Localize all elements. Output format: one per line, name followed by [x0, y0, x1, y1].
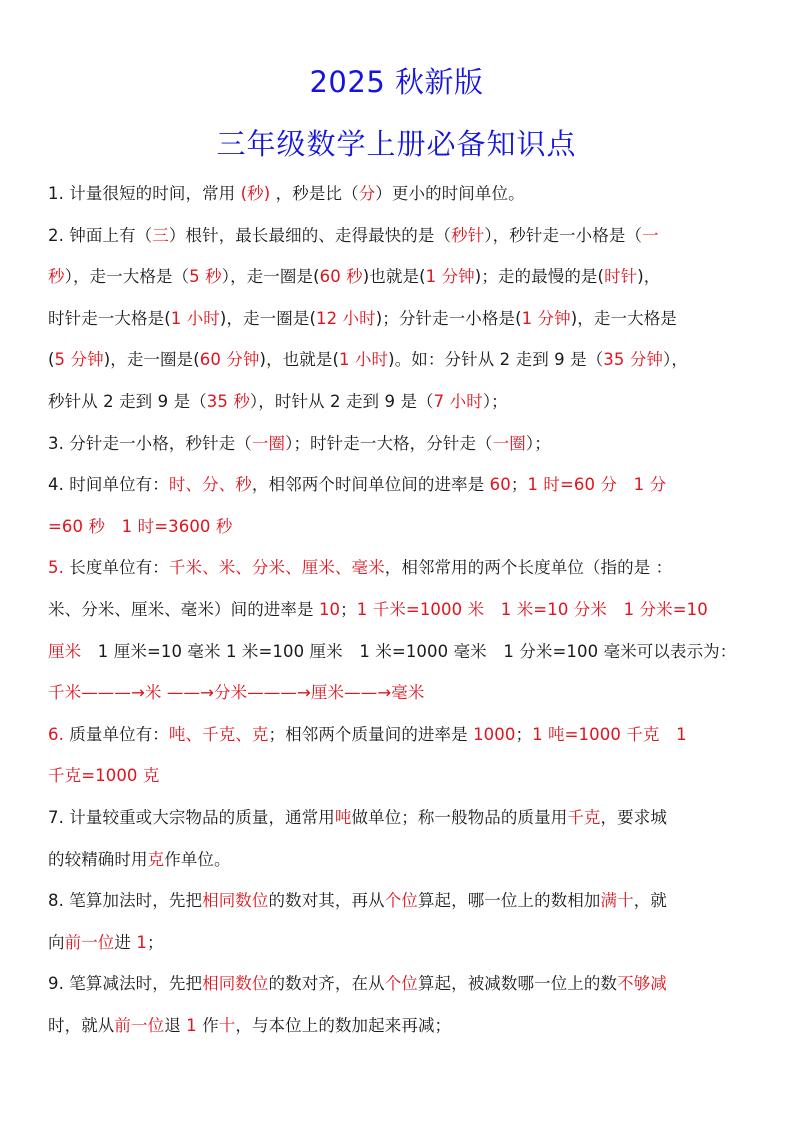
- body-text: 9. 笔算减法时，先把: [48, 974, 202, 993]
- text-line: (5 分钟)，走一圈是(60 分钟)，也就是(1 小时)。如：分针从 2 走到 …: [48, 343, 760, 385]
- body-text: ），: [663, 350, 688, 369]
- highlighted-answer: 12 小时: [316, 309, 376, 328]
- body-text: )，走一大格是: [571, 309, 677, 328]
- text-line: 8. 笔算加法时，先把相同数位的数对其，再从个位算起，哪一位上的数相加满十，就: [48, 884, 760, 926]
- body-text: ），时针从 2 走到 9 是（: [250, 392, 434, 411]
- text-line: 7. 计量较重或大宗物品的质量，通常用吨做单位；称一般物品的质量用千克，要求城: [48, 801, 760, 843]
- body-text: ），秒针走一小格是（: [484, 226, 642, 245]
- text-line: 千米———→米 ——→分米———→厘米——→毫米: [48, 676, 760, 718]
- body-text: 1. 计量很短的时间，常用: [48, 184, 241, 203]
- highlighted-answer: 吨、千克、克: [169, 725, 269, 744]
- body-text: ，就: [634, 891, 667, 910]
- text-line: 4. 时间单位有：时、分、秒，相邻两个时间单位间的进率是 60；1 时=60 分…: [48, 468, 760, 510]
- highlighted-answer: 千米———→米 ——→分米———→厘米——→毫米: [48, 683, 424, 702]
- text-line: 米、分米、厘米、毫米）间的进率是 10；1 千米=1000 米 1 米=10 分…: [48, 593, 760, 635]
- highlighted-answer: 满十: [601, 891, 634, 910]
- body-text: ；相邻两个质量间的进率是: [269, 725, 474, 744]
- body-text: ）；时针走一大格，分针走（: [285, 434, 493, 453]
- highlighted-answer: 6.: [48, 725, 64, 744]
- highlighted-answer: 十: [219, 1016, 236, 1035]
- highlighted-answer: 1 分钟: [426, 267, 475, 286]
- highlighted-answer: 克: [148, 850, 165, 869]
- highlighted-answer: 不够减: [617, 974, 667, 993]
- document-subtitle: 三年级数学上册必备知识点: [0, 124, 793, 164]
- body-text: 2. 钟面上有（: [48, 226, 152, 245]
- highlighted-answer: 相同数位: [202, 974, 268, 993]
- body-text: ，相邻常用的两个长度单位（指的是 ：: [385, 558, 673, 577]
- highlighted-answer: 分: [359, 184, 376, 203]
- body-text: 时，就从: [48, 1016, 114, 1035]
- highlighted-answer: 1 分钟: [522, 309, 571, 328]
- body-text: 退: [164, 1016, 186, 1035]
- highlighted-answer: 一: [642, 226, 659, 245]
- highlighted-answer: 35 分钟: [603, 350, 663, 369]
- body-text: 秒针从 2 走到 9 是（: [48, 392, 207, 411]
- body-text: )；分针走一小格是(: [376, 309, 522, 328]
- body-text: ；: [515, 725, 532, 744]
- highlighted-answer: 1 时=60 分 1 分: [527, 475, 666, 494]
- body-text: ，相邻两个时间单位间的进率是: [252, 475, 490, 494]
- body-text: 的较精确时用: [48, 850, 148, 869]
- highlighted-answer: 时、分、秒: [169, 475, 252, 494]
- body-text: ；: [147, 933, 164, 952]
- highlighted-answer: 一圈: [252, 434, 285, 453]
- text-line: 9. 笔算减法时，先把相同数位的数对齐，在从个位算起，被减数哪一位上的数不够减: [48, 967, 760, 1009]
- body-text: 作: [197, 1016, 219, 1035]
- highlighted-answer: 60 分钟: [200, 350, 260, 369]
- body-text: )，: [637, 267, 660, 286]
- text-line: 厘米 1 厘米=10 毫米 1 米=100 厘米 1 米=1000 毫米 1 分…: [48, 635, 760, 677]
- body-text: 质量单位有：: [64, 725, 169, 744]
- highlighted-answer: 1 千米=1000 米 1 米=10 分米 1 分米=10: [357, 600, 708, 619]
- body-text: ），走一大格是（: [65, 267, 190, 286]
- highlighted-answer: 35 秒: [207, 392, 250, 411]
- text-line: 2. 钟面上有（三）根针，最长最细的、走得最快的是（秒针），秒针走一小格是（一: [48, 219, 760, 261]
- document-title: 2025 秋新版: [0, 62, 793, 102]
- highlighted-answer: 前一位: [114, 1016, 164, 1035]
- highlighted-answer: 千克=1000 克: [48, 766, 159, 785]
- body-text: )，也就是(: [260, 350, 339, 369]
- body-text: )，走一圈是(: [104, 350, 200, 369]
- body-text: 算起，哪一位上的数相加: [418, 891, 601, 910]
- highlighted-answer: 个位: [385, 891, 418, 910]
- text-line: =60 秒 1 时=3600 秒: [48, 510, 760, 552]
- body-text: ，秒是比（: [270, 184, 358, 203]
- highlighted-answer: 5 秒: [189, 267, 222, 286]
- text-line: 秒），走一大格是（5 秒），走一圈是(60 秒)也就是(1 分钟)；走的最慢的是…: [48, 260, 760, 302]
- highlighted-answer: 10: [319, 600, 340, 619]
- highlighted-answer: 1 小时: [171, 309, 220, 328]
- text-line: 3. 分针走一小格，秒针走（一圈）；时针走一大格，分针走（一圈）；: [48, 427, 760, 469]
- text-line: 5. 长度单位有：千米、米、分米、厘米、毫米，相邻常用的两个长度单位（指的是 ：: [48, 551, 760, 593]
- body-text: ；: [340, 600, 357, 619]
- body-text: )，走一圈是(: [220, 309, 316, 328]
- body-text: 米、分米、厘米、毫米）间的进率是: [48, 600, 319, 619]
- highlighted-answer: 秒: [48, 267, 65, 286]
- text-line: 的较精确时用克作单位。: [48, 843, 760, 885]
- body-text: 作单位。: [164, 850, 230, 869]
- body-text: 8. 笔算加法时，先把: [48, 891, 202, 910]
- body-text: ）更小的时间单位。: [375, 184, 524, 203]
- text-line: 向前一位进 1；: [48, 926, 760, 968]
- highlighted-answer: 时针: [604, 267, 637, 286]
- body-text: )也就是(: [363, 267, 426, 286]
- highlighted-answer: 千克: [567, 808, 600, 827]
- body-text: ；: [511, 475, 528, 494]
- highlighted-answer: 1 吨=1000 千克 1: [532, 725, 687, 744]
- highlighted-answer: =60 秒 1 时=3600 秒: [48, 517, 232, 536]
- highlighted-answer: 60: [490, 475, 511, 494]
- body-text: )；走的最慢的是(: [475, 267, 604, 286]
- body-text: )。如：分针从 2 走到 9 是（: [388, 350, 603, 369]
- body-text: 的数对其，再从: [269, 891, 385, 910]
- highlighted-answer: (秒): [241, 184, 271, 203]
- highlighted-answer: 1 小时: [339, 350, 388, 369]
- body-text: ），走一圈是(: [222, 267, 320, 286]
- body-text: ）根针，最长最细的、走得最快的是（: [169, 226, 451, 245]
- text-line: 秒针从 2 走到 9 是（35 秒），时针从 2 走到 9 是（7 小时）；: [48, 385, 760, 427]
- highlighted-answer: 相同数位: [202, 891, 268, 910]
- highlighted-answer: 千米、米、分米、厘米、毫米: [169, 558, 385, 577]
- highlighted-answer: 一圈: [493, 434, 526, 453]
- highlighted-answer: 7 小时: [434, 392, 483, 411]
- body-text: 做单位；称一般物品的质量用: [352, 808, 568, 827]
- highlighted-answer: 厘米: [48, 642, 81, 661]
- body-text: ，要求城: [601, 808, 667, 827]
- body-text: 算起，被减数哪一位上的数: [418, 974, 617, 993]
- body-text: 的数对齐，在从: [269, 974, 385, 993]
- text-line: 千克=1000 克: [48, 759, 760, 801]
- text-line: 1. 计量很短的时间，常用 (秒) ，秒是比（分）更小的时间单位。: [48, 177, 760, 219]
- text-line: 时针走一大格是(1 小时)，走一圈是(12 小时)；分针走一小格是(1 分钟)，…: [48, 302, 760, 344]
- body-text: ）；: [483, 392, 508, 411]
- body-text: 3. 分针走一小格，秒针走（: [48, 434, 252, 453]
- text-line: 6. 质量单位有：吨、千克、克；相邻两个质量间的进率是 1000；1 吨=100…: [48, 718, 760, 760]
- body-text: ，与本位上的数加起来再减；: [235, 1016, 451, 1035]
- highlighted-answer: 5.: [48, 558, 64, 577]
- highlighted-answer: 1: [186, 1016, 197, 1035]
- knowledge-points-body: 1. 计量很短的时间，常用 (秒) ，秒是比（分）更小的时间单位。2. 钟面上有…: [48, 177, 760, 1050]
- highlighted-answer: 三: [152, 226, 169, 245]
- body-text: 7. 计量较重或大宗物品的质量，通常用: [48, 808, 335, 827]
- body-text: 进: [114, 933, 136, 952]
- body-text: 时针走一大格是(: [48, 309, 171, 328]
- body-text: 长度单位有：: [64, 558, 169, 577]
- body-text: 4. 时间单位有：: [48, 475, 169, 494]
- body-text: ）；: [526, 434, 551, 453]
- text-line: 时，就从前一位退 1 作十，与本位上的数加起来再减；: [48, 1009, 760, 1051]
- highlighted-answer: 1000: [473, 725, 515, 744]
- highlighted-answer: 前一位: [65, 933, 115, 952]
- highlighted-answer: 秒针: [451, 226, 484, 245]
- body-text: 向: [48, 933, 65, 952]
- highlighted-answer: 个位: [385, 974, 418, 993]
- body-text: 1 厘米=10 毫米 1 米=100 厘米 1 米=1000 毫米 1 分米=1…: [81, 642, 736, 661]
- highlighted-answer: 1: [136, 933, 147, 952]
- highlighted-answer: 60 秒: [320, 267, 363, 286]
- highlighted-answer: 5 分钟: [55, 350, 104, 369]
- highlighted-answer: 吨: [335, 808, 352, 827]
